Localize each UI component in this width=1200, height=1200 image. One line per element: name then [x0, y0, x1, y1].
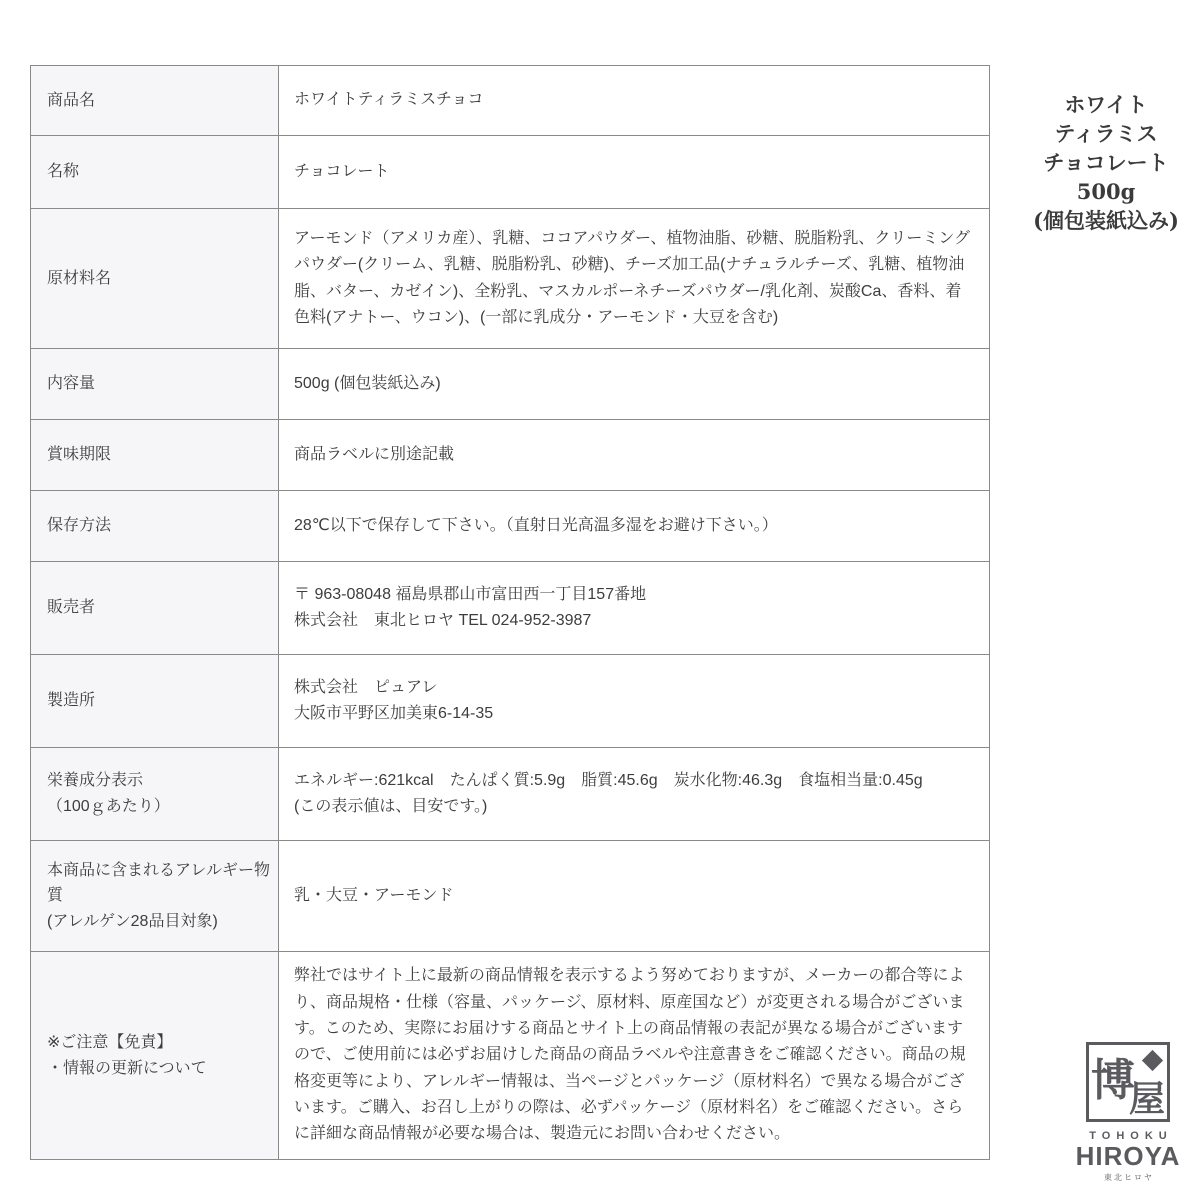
row-label-cell: 原材料名	[31, 209, 279, 348]
row-label: ※ご注意【免責】 ・情報の更新について	[47, 1030, 207, 1081]
row-label: 商品名	[47, 88, 95, 114]
row-label-cell: ※ご注意【免責】 ・情報の更新について	[31, 952, 279, 1159]
seal-kanji-ya: 屋	[1129, 1081, 1165, 1117]
row-label: 製造所	[47, 688, 95, 714]
logo-subtext: 東北ヒロヤ	[1068, 1172, 1188, 1183]
side-label-line: ホワイト	[1000, 90, 1200, 119]
row-value: 商品ラベルに別途記載	[294, 442, 454, 468]
row-value-cell: 弊社ではサイト上に最新の商品情報を表示するよう努めておりますが、メーカーの都合等…	[279, 952, 989, 1159]
table-row-nutrition: 栄養成分表示 （100ｇあたり） エネルギー:621kcal たんぱく質:5.9…	[31, 747, 989, 840]
row-label: 名称	[47, 159, 79, 185]
row-label-cell: 栄養成分表示 （100ｇあたり）	[31, 748, 279, 840]
row-value-cell: アーモンド（アメリカ産）、乳糖、ココアパウダー、植物油脂、砂糖、脱脂粉乳、クリー…	[279, 209, 989, 348]
side-label-line: 500g	[1000, 177, 1200, 206]
table-row-storage: 保存方法 28℃以下で保存して下さい。（直射日光高温多湿をお避け下さい。）	[31, 490, 989, 561]
package-size-note: ホワイト ティラミス チョコレート 500g (個包装紙込み)	[1000, 90, 1200, 235]
row-value: 株式会社 ピュアレ 大阪市平野区加美東6-14-35	[294, 675, 493, 728]
row-label: 栄養成分表示 （100ｇあたり）	[47, 768, 170, 819]
side-label-line: チョコレート	[1000, 148, 1200, 177]
table-row-category: 名称 チョコレート	[31, 135, 989, 208]
row-value-cell: 〒 963-08048 福島県郡山市富田西一丁目157番地 株式会社 東北ヒロヤ…	[279, 562, 989, 654]
hiroya-seal-icon: 博 屋	[1086, 1042, 1170, 1122]
row-label: 原材料名	[47, 266, 111, 292]
row-value: チョコレート	[294, 159, 390, 185]
row-value: エネルギー:621kcal たんぱく質:5.9g 脂質:45.6g 炭水化物:4…	[294, 768, 923, 821]
row-label: 保存方法	[47, 513, 111, 539]
row-value: 弊社ではサイト上に最新の商品情報を表示するよう努めておりますが、メーカーの都合等…	[294, 963, 975, 1148]
row-label-cell: 製造所	[31, 655, 279, 747]
table-row-net-weight: 内容量 500g (個包装紙込み)	[31, 348, 989, 419]
row-value-cell: ホワイトティラミスチョコ	[279, 66, 989, 135]
table-row-product-name: 商品名 ホワイトティラミスチョコ	[31, 66, 989, 135]
row-value: アーモンド（アメリカ産）、乳糖、ココアパウダー、植物油脂、砂糖、脱脂粉乳、クリー…	[294, 226, 975, 332]
row-value: 乳・大豆・アーモンド	[294, 883, 454, 909]
table-row-allergens: 本商品に含まれるアレルギー物 質 (アレルゲン28品目対象) 乳・大豆・アーモン…	[31, 840, 989, 951]
row-value: ホワイトティラミスチョコ	[294, 87, 483, 113]
side-label-line: (個包装紙込み)	[1000, 206, 1200, 235]
table-row-disclaimer: ※ご注意【免責】 ・情報の更新について 弊社ではサイト上に最新の商品情報を表示す…	[31, 951, 989, 1159]
row-value-cell: 500g (個包装紙込み)	[279, 349, 989, 419]
row-label-cell: 名称	[31, 136, 279, 208]
table-row-best-before: 賞味期限 商品ラベルに別途記載	[31, 419, 989, 490]
row-label: 販売者	[47, 595, 95, 621]
row-label-cell: 販売者	[31, 562, 279, 654]
row-label-cell: 賞味期限	[31, 420, 279, 490]
row-value-cell: エネルギー:621kcal たんぱく質:5.9g 脂質:45.6g 炭水化物:4…	[279, 748, 989, 840]
row-value-cell: 商品ラベルに別途記載	[279, 420, 989, 490]
side-label-line: ティラミス	[1000, 119, 1200, 148]
row-value: 500g (個包装紙込み)	[294, 371, 441, 397]
row-label-cell: 保存方法	[31, 491, 279, 561]
row-value-cell: 28℃以下で保存して下さい。（直射日光高温多湿をお避け下さい。）	[279, 491, 989, 561]
product-spec-table: 商品名 ホワイトティラミスチョコ 名称 チョコレート 原材料名 アーモンド（アメ…	[30, 65, 990, 1160]
row-label-cell: 商品名	[31, 66, 279, 135]
row-label: 内容量	[47, 371, 95, 397]
table-row-ingredients: 原材料名 アーモンド（アメリカ産）、乳糖、ココアパウダー、植物油脂、砂糖、脱脂粉…	[31, 208, 989, 348]
row-label-cell: 本商品に含まれるアレルギー物 質 (アレルゲン28品目対象)	[31, 841, 279, 951]
tohoku-hiroya-logo: 博 屋 TOHOKU HIROYA 東北ヒロヤ	[1068, 1042, 1188, 1183]
row-value: 28℃以下で保存して下さい。（直射日光高温多湿をお避け下さい。）	[294, 513, 778, 539]
row-value-cell: 株式会社 ピュアレ 大阪市平野区加美東6-14-35	[279, 655, 989, 747]
row-value-cell: 乳・大豆・アーモンド	[279, 841, 989, 951]
row-label: 本商品に含まれるアレルギー物 質 (アレルゲン28品目対象)	[47, 858, 270, 935]
row-label: 賞味期限	[47, 442, 111, 468]
row-value: 〒 963-08048 福島県郡山市富田西一丁目157番地 株式会社 東北ヒロヤ…	[294, 582, 646, 635]
diamond-icon	[1142, 1050, 1163, 1071]
row-value-cell: チョコレート	[279, 136, 989, 208]
table-row-manufacturer: 製造所 株式会社 ピュアレ 大阪市平野区加美東6-14-35	[31, 654, 989, 747]
table-row-seller: 販売者 〒 963-08048 福島県郡山市富田西一丁目157番地 株式会社 東…	[31, 561, 989, 654]
row-label-cell: 内容量	[31, 349, 279, 419]
logo-brand-name: HIROYA	[1068, 1143, 1188, 1170]
